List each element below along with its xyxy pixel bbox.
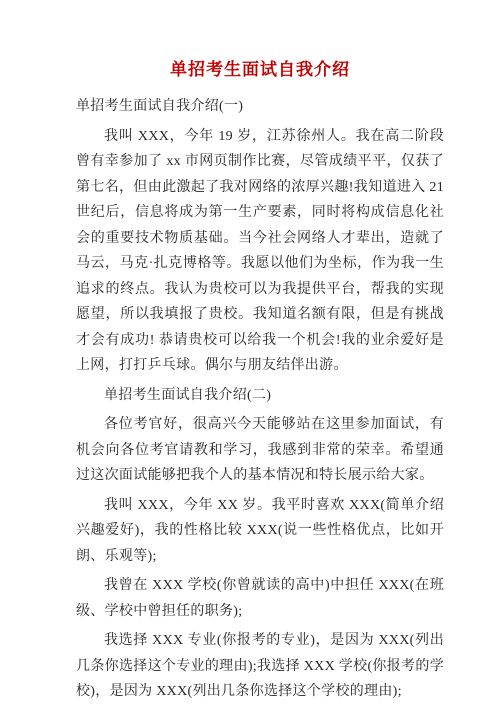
paragraph-intro-1: 我叫 XXX，今年 19 岁，江苏徐州人。我在高二阶段曾有幸参加了 xx 市网页… <box>76 124 444 379</box>
document-page: 单招考生面试自我介绍 单招考生面试自我介绍(一) 我叫 XXX，今年 19 岁，… <box>0 0 500 707</box>
paragraph-major-choice: 我选择 XXX 专业(你报考的专业)，是因为 XXX(列出几条你选择这个专业的理… <box>76 628 444 705</box>
paragraph-personal-info: 我叫 XXX，今年 XX 岁。我平时喜欢 XXX(简单介绍兴趣爱好)，我的性格比… <box>76 493 444 570</box>
page-title: 单招考生面试自我介绍 <box>76 58 444 82</box>
paragraph-school-role: 我曾在 XXX 学校(你曾就读的高中)中担任 XXX(在班级、学校中曾担任的职务… <box>76 573 444 624</box>
section-heading-2: 单招考生面试自我介绍(二) <box>76 383 444 409</box>
section-heading-1: 单招考生面试自我介绍(一) <box>76 94 444 120</box>
paragraph-greeting: 各位考官好，很高兴今天能够站在这里参加面试，有机会向各位考官请教和学习，我感到非… <box>76 412 444 489</box>
